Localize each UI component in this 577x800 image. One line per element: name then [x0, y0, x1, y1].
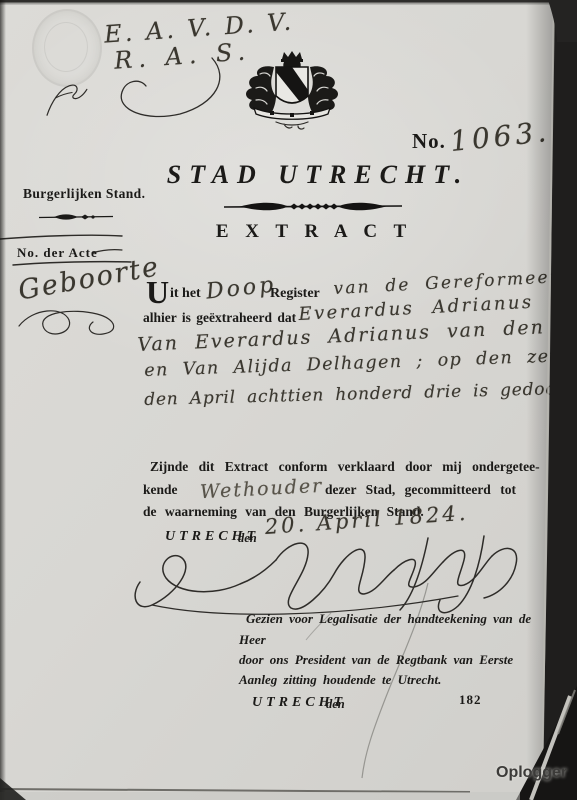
declaration-official-hand: Wethouder: [200, 475, 324, 503]
body-line5-hand: den April achttien honderd drie is gedoo…: [144, 378, 577, 410]
register-label: Register: [270, 286, 320, 302]
declaration-line2-suffix: dezer Stad, gecommitteerd tot: [325, 482, 516, 498]
oplogger-watermark: Oplogger: [496, 764, 567, 782]
declaration-line1: Zijnde dit Extract conform verklaard doo…: [150, 459, 540, 475]
acte-number-label: No. der Acte: [17, 245, 98, 261]
footer-den: den: [326, 697, 345, 712]
signature-flourish: [128, 534, 528, 622]
embossed-seal-inner: [44, 22, 88, 72]
left-divider-ornament: [38, 212, 114, 222]
initials-flourish: [100, 56, 240, 126]
scanned-document-page: E. A. V. D. V. R. A. S. No. 1063.: [0, 0, 577, 800]
document-number-value: 1063.: [449, 115, 552, 158]
register-type-hand: Doop: [205, 272, 277, 304]
body-intro-rest: it het: [170, 286, 201, 302]
burgerlijken-stand-label: Burgerlijken Stand.: [23, 186, 145, 202]
body-line2-printed: alhier is geëxtraheerd dat: [143, 310, 296, 326]
legalisation-line4: Aanleg zitting houdende te Utrecht.: [239, 672, 441, 688]
legalisation-line3: door ons President van de Regtbank van E…: [239, 652, 513, 668]
extract-heading: E X T R A C T: [204, 221, 424, 243]
document-number-label: No.: [412, 129, 446, 154]
declaration-line2-prefix: kende: [143, 482, 178, 498]
legalisation-line2: Heer: [239, 632, 266, 648]
utrecht-coat-of-arms: [234, 50, 350, 130]
page-title: STAD UTRECHT.: [158, 160, 478, 190]
body-dropcap: U: [146, 274, 169, 311]
footer-year-prefix: 182: [459, 692, 482, 708]
legalisation-line1: Gezien voor Legalisatie der handteekenin…: [246, 611, 531, 627]
center-divider-ornament: [222, 198, 404, 214]
geboorte-flourish: [16, 302, 138, 340]
margin-paraph: [40, 78, 98, 119]
